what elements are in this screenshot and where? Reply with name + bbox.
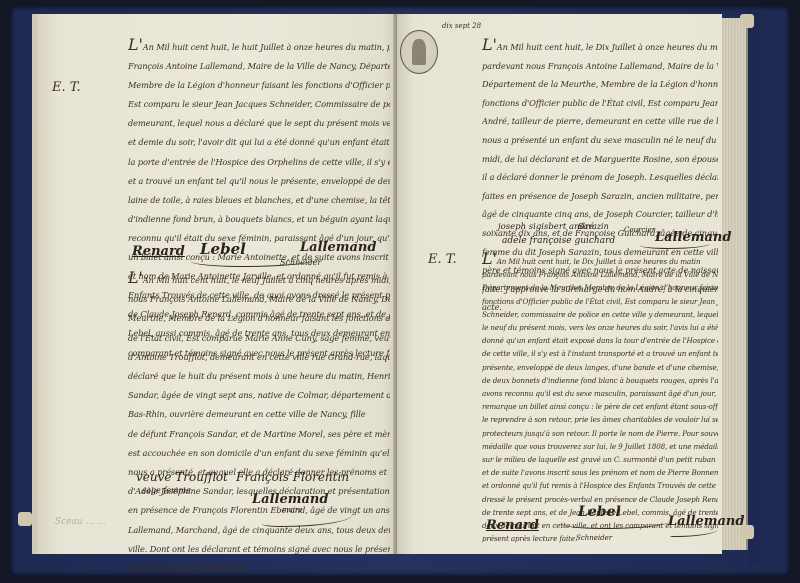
manuscript-line: Est comparu le sieur Jean Jacques Schnei…: [128, 95, 390, 114]
manuscript-line: de défunt François Sandar, et de Martine…: [128, 425, 390, 444]
manuscript-line: François Antoine Lallemand, Maire de la …: [128, 57, 390, 76]
signature: adèle françoise guichard: [502, 236, 615, 246]
manuscript-line: Département de la Meurthe, Membre de la …: [482, 75, 718, 94]
manuscript-line: protecteurs jusqu'à son retour. Il porte…: [482, 427, 718, 440]
manuscript-line: fonctions d'Officier public de l'État ci…: [482, 295, 718, 308]
manuscript-line: Bas-Rhin, ouvrière demeurant en cette vi…: [128, 405, 390, 424]
manuscript-line: et a trouvé un enfant tel qu'il nous le …: [128, 172, 390, 191]
manuscript-line: demeurant, lequel nous a déclaré que le …: [128, 114, 390, 133]
worn-corner: [740, 14, 754, 28]
signature: Lallemand: [252, 492, 328, 507]
stamp-annotation: dix sept 28: [442, 22, 481, 30]
manuscript-line: faites en présence de Joseph Sarazin, an…: [482, 187, 718, 206]
manuscript-line: est accouchée en son domicile d'un enfan…: [128, 444, 390, 463]
manuscript-line: laine de toile, à raies bleues et blanch…: [128, 191, 390, 210]
margin-note-et: E. T.: [52, 80, 81, 95]
manuscript-line: médaille que vous trouverez sur lui, le …: [482, 440, 718, 453]
manuscript-line: nous a présenté un enfant du sexe mascul…: [482, 131, 718, 150]
signature-title: sage femme: [142, 486, 191, 495]
tax-stamp: [400, 30, 438, 74]
manuscript-line: André, tailleur de pierre, demeurant en …: [482, 112, 718, 131]
page-edges: [722, 18, 748, 550]
manuscript-line: L'An Mil huit cent huit, le neuf Juillet…: [128, 268, 390, 290]
signature: Courcier: [624, 226, 655, 234]
manuscript-line: de cette ville, il s'y est à l'instant t…: [482, 347, 718, 360]
manuscript-line: Membre de la Légion d'honneur faisant le…: [128, 76, 390, 95]
manuscript-line: d'Antoine Troufflot, demeurant en cette …: [128, 348, 390, 367]
manuscript-line: naissance après lecture faite.: [128, 559, 390, 578]
manuscript-line: Sandar, âgée de vingt sept ans, native d…: [128, 386, 390, 405]
manuscript-line: Lallemand, Marchand, âgé de cinquante de…: [128, 521, 390, 540]
manuscript-line: Meurthe, Membre de la Légion d'honneur f…: [128, 309, 390, 328]
manuscript-line: sur le milieu de laquelle est gravé un C…: [482, 453, 718, 466]
manuscript-line: avons reconnu qu'il est du sexe masculin…: [482, 387, 718, 400]
manuscript-line: nous François Antoine Lallemand, Maire d…: [128, 290, 390, 309]
signature: François Florentin: [236, 470, 349, 484]
manuscript-line: présente, enveloppé de deux langes, d'un…: [482, 361, 718, 374]
manuscript-line: fonctions d'Officier public de l'État ci…: [482, 94, 718, 113]
manuscript-line: il a déclaré donner le prénom de Joseph.…: [482, 168, 718, 187]
manuscript-line: donné qu'un enfant était exposé dans la …: [482, 334, 718, 347]
manuscript-line: Département de la Meurthe, Membre de la …: [482, 281, 718, 294]
manuscript-line: remarque un billet ainsi conçu : le père…: [482, 400, 718, 413]
signature: Renard: [132, 244, 185, 259]
faded-note: Sceau ... ...: [55, 517, 106, 527]
signature: Sarazin: [578, 222, 609, 231]
right-entry-2: L'An Mil huit cent huit, le Dix Juillet …: [482, 252, 718, 545]
left-entry-2: L'An Mil huit cent huit, le neuf Juillet…: [128, 268, 390, 578]
manuscript-line: de deux bonnets d'indienne fond blanc à …: [482, 374, 718, 387]
book-spine-edge: [748, 10, 762, 565]
manuscript-line: ville. Dont ont les déclarant et témoins…: [128, 540, 390, 559]
manuscript-line: d'indienne fond brun, à bouquets blancs,…: [128, 210, 390, 229]
manuscript-line: le neuf du présent mois, vers les onze h…: [482, 321, 718, 334]
signature: Renard: [486, 518, 539, 533]
seated-figure-icon: [412, 39, 426, 65]
manuscript-line: L'An Mil huit cent huit, le huit Juillet…: [128, 35, 390, 57]
worn-corner: [18, 512, 32, 526]
manuscript-line: la porte d'entrée de l'Hospice des Orphe…: [128, 153, 390, 172]
manuscript-line: déclaré que le huit du présent mois à un…: [128, 367, 390, 386]
manuscript-line: et de suite l'avons inscrit sous les pré…: [482, 466, 718, 479]
signature: Schneider: [576, 534, 612, 542]
margin-note-et: E. T.: [428, 252, 457, 267]
manuscript-line: de l'État civil, Est comparue Marie Anne…: [128, 329, 390, 348]
manuscript-line: et ordonné qu'il fut remis à l'Hospice d…: [482, 479, 718, 492]
manuscript-line: midi, de lui déclarant et de Marguerite …: [482, 150, 718, 169]
signature: Lallemand: [668, 514, 744, 529]
signature: veuve Troufflot: [136, 470, 228, 484]
manuscript-line: L'An Mil huit cent huit, le Dix Juillet …: [482, 36, 718, 57]
manuscript-line: pardevant nous François Antoine Lalleman…: [482, 268, 718, 281]
manuscript-line: L'An Mil huit cent huit, le Dix Juillet …: [482, 252, 718, 268]
manuscript-line: et demie du soir, l'avoir dit qui lui a …: [128, 133, 390, 152]
manuscript-line: le reprendre à son retour, prie les âmes…: [482, 413, 718, 426]
manuscript-line: pardevant nous François Antoine Lalleman…: [482, 57, 718, 76]
manuscript-line: Schneider, commissaire de police en cett…: [482, 308, 718, 321]
